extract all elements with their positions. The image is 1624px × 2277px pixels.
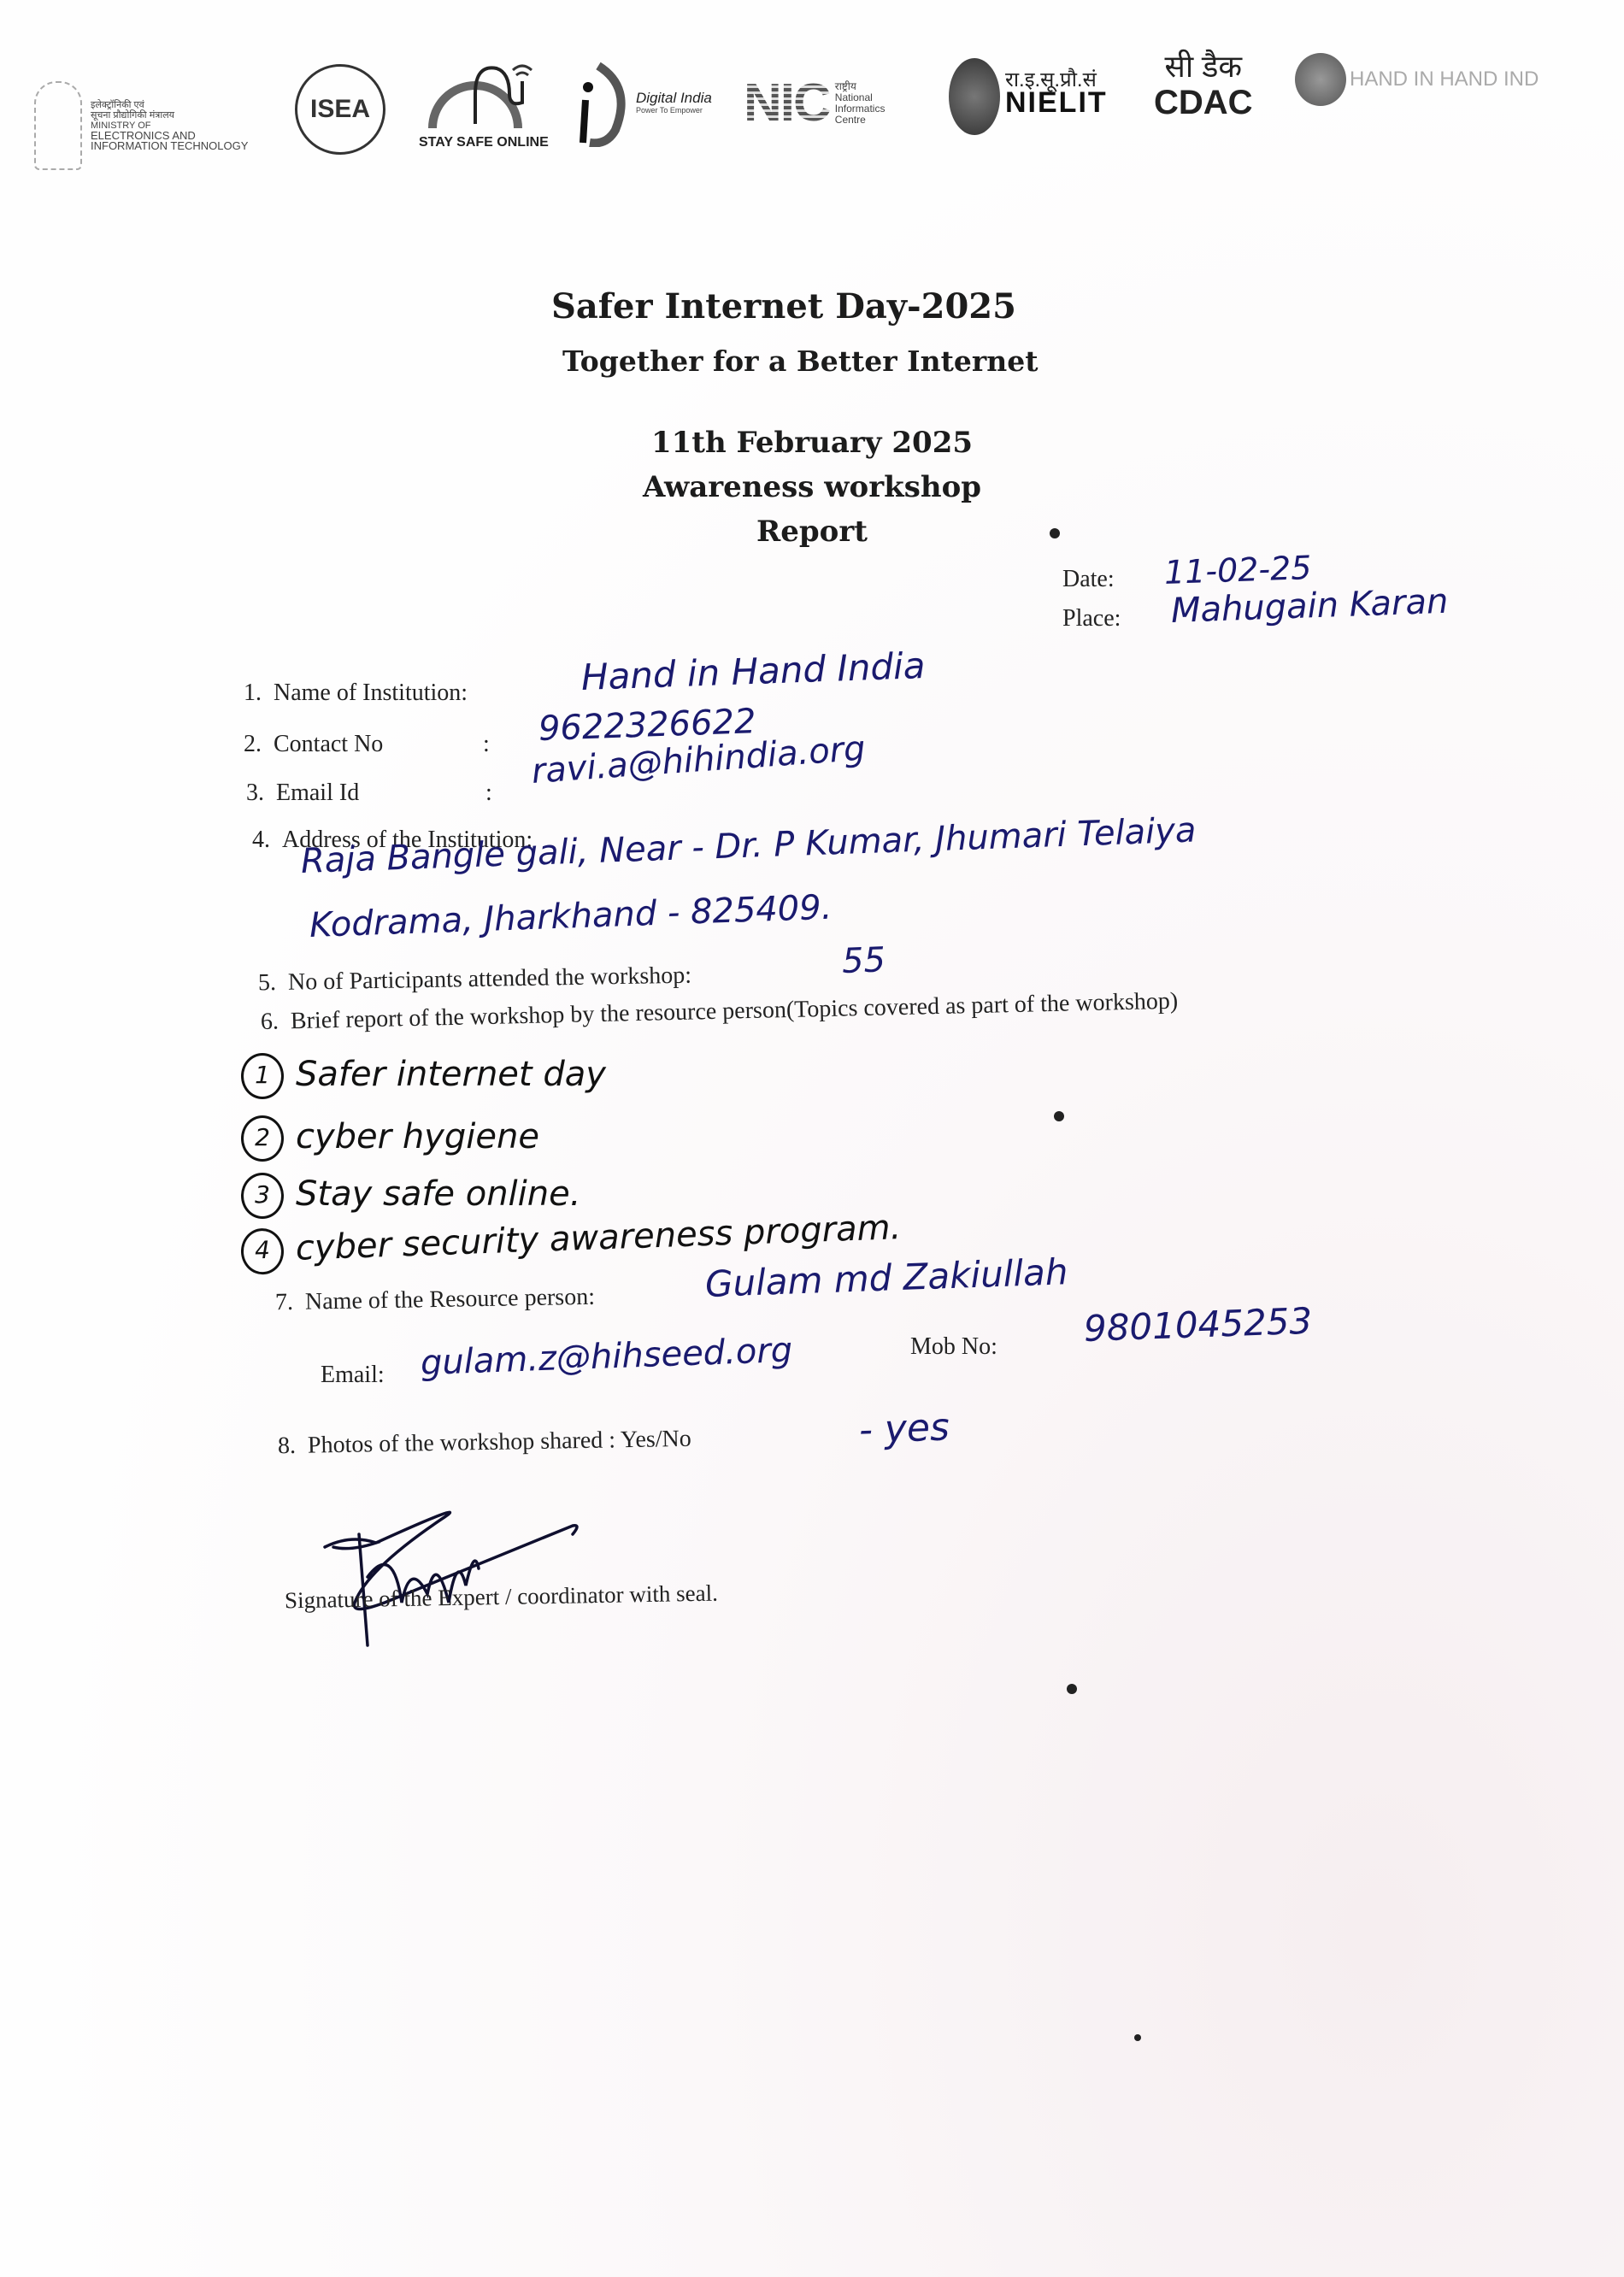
stay-safe-label: STAY SAFE ONLINE [419, 137, 549, 149]
field-institution-value: Hand in Hand India [580, 644, 926, 698]
topic-text: Safer internet day [296, 1055, 606, 1094]
hand-in-hand-globe-icon [1295, 53, 1346, 106]
field-label: Contact No [274, 731, 383, 757]
cdac-label: CDAC [1154, 84, 1253, 121]
report-tagline: Together for a Better Internet [562, 344, 1038, 378]
field-number: 6. [261, 1009, 279, 1035]
field-number: 8. [278, 1433, 297, 1459]
cdac-logo: सी डैक CDAC [1154, 50, 1253, 121]
field-contact-label: 2. Contact No [244, 731, 383, 758]
place-value: Mahugain Karan [1170, 582, 1449, 631]
meity-line-5: INFORMATION TECHNOLOGY [91, 141, 248, 151]
scan-speck [1134, 2034, 1141, 2041]
field-label: Email Id [276, 780, 359, 806]
place-label: Place: [1062, 605, 1121, 632]
topic-number-circle: 1 [241, 1053, 284, 1099]
topic-item: 3Stay safe online. [241, 1173, 580, 1219]
nic-hindi: राष्ट्रीय [835, 81, 886, 92]
resource-mob-label: Mob No: [910, 1333, 997, 1361]
meity-logo: इलेक्ट्रॉनिकी एवं सूचना प्रौद्योगिकी मंत… [34, 81, 248, 170]
isea-circle-icon: ISEA [295, 64, 385, 155]
field-resource-person-label: 7. Name of the Resource person: [275, 1284, 596, 1317]
nielit-logo: रा.इ.सू.प्रौ.सं NIELIT [949, 58, 1108, 135]
field-photos-value: - yes [858, 1405, 950, 1452]
scan-speck [1067, 1684, 1077, 1694]
meity-hindi-2: सूचना प्रौद्योगिकी मंत्रालय [91, 110, 248, 121]
field-label: Brief report of the workshop by the reso… [291, 988, 1179, 1035]
field-address-value-line2: Kodrama, Jharkhand - 825409. [309, 888, 833, 945]
field-institution-label: 1. Name of Institution: [244, 680, 468, 707]
nielit-globe-icon [949, 58, 1000, 135]
isea-label: ISEA [310, 95, 370, 124]
field-participants-value: 55 [841, 940, 886, 981]
meity-hindi-1: इलेक्ट्रॉनिकी एवं [91, 100, 248, 110]
digital-india-logo: Digital India Power To Empower [573, 62, 712, 147]
field-number: 7. [275, 1289, 294, 1315]
field-email-label: 3. Email Id [246, 780, 359, 807]
digital-india-label: Digital India [636, 92, 712, 104]
nic-mark: NIC [744, 73, 830, 133]
cdac-hindi: सी डैक [1164, 50, 1242, 84]
field-address-value-line1: Raja Bangle gali, Near - Dr. P Kumar, Jh… [300, 810, 1197, 881]
field-label: Photos of the workshop shared : Yes/No [308, 1426, 691, 1459]
report-heading: Report [598, 509, 1026, 554]
topic-text: Stay safe online. [296, 1174, 580, 1214]
field-number: 1. [244, 680, 262, 706]
nic-logo: NIC राष्ट्रीय National Informatics Centr… [744, 73, 885, 133]
topic-number-circle: 3 [241, 1173, 284, 1219]
field-number: 2. [244, 731, 262, 757]
nielit-label: NIELIT [1005, 86, 1108, 119]
event-date: 11th February 2025 [598, 421, 1026, 465]
topic-number-circle: 2 [241, 1115, 284, 1162]
topic-text: cyber hygiene [296, 1117, 539, 1156]
nic-line-4: Centre [835, 115, 886, 126]
topic-item: 1Safer internet day [241, 1053, 606, 1099]
hand-in-hand-label: HAND IN HAND IND [1350, 74, 1539, 85]
field-number: 3. [246, 780, 264, 806]
stay-safe-online-logo: STAY SAFE ONLINE [419, 60, 549, 149]
scan-speck [1054, 1111, 1064, 1121]
report-subtitle: 11th February 2025 Awareness workshop Re… [598, 421, 1026, 554]
field-participants-label: 5. No of Participants attended the works… [258, 962, 691, 997]
topic-item: 2cyber hygiene [241, 1115, 539, 1162]
resource-email-value: gulam.z@hihseed.org [420, 1331, 793, 1383]
field-brief-report-label: 6. Brief report of the workshop by the r… [261, 988, 1179, 1036]
topic-number-circle: 4 [240, 1227, 285, 1275]
field-label: Name of the Resource person: [305, 1284, 595, 1315]
field-contact-sep: : [483, 731, 490, 758]
isea-logo: ISEA [295, 64, 385, 155]
nic-line-2: National [835, 92, 886, 103]
resource-mob-value: 9801045253 [1083, 1300, 1313, 1350]
national-emblem-icon [34, 81, 82, 170]
nielit-hindi: रा.इ.सू.प्रौ.सं [1005, 74, 1108, 86]
date-value: 11-02-25 [1163, 549, 1312, 591]
plug-wifi-icon [424, 60, 544, 137]
field-email-sep: : [485, 780, 492, 807]
field-photos-label: 8. Photos of the workshop shared : Yes/N… [278, 1426, 691, 1460]
digital-india-tagline: Power To Empower [636, 104, 712, 116]
field-label: Name of Institution: [274, 680, 468, 706]
field-label: No of Participants attended the workshop… [288, 962, 691, 996]
date-label: Date: [1062, 566, 1115, 593]
field-resource-person-value: Gulam md Zakiullah [704, 1250, 1068, 1305]
resource-email-label: Email: [321, 1362, 385, 1389]
report-title: Safer Internet Day-2025 [551, 286, 1016, 327]
scan-speck [1050, 528, 1060, 538]
hand-in-hand-logo: HAND IN HAND IND [1295, 53, 1539, 106]
digital-india-swoosh-icon [573, 62, 633, 147]
workshop-heading: Awareness workshop [598, 465, 1026, 509]
nic-line-3: Informatics [835, 103, 886, 115]
field-number: 4. [252, 827, 270, 853]
field-number: 5. [258, 969, 277, 996]
